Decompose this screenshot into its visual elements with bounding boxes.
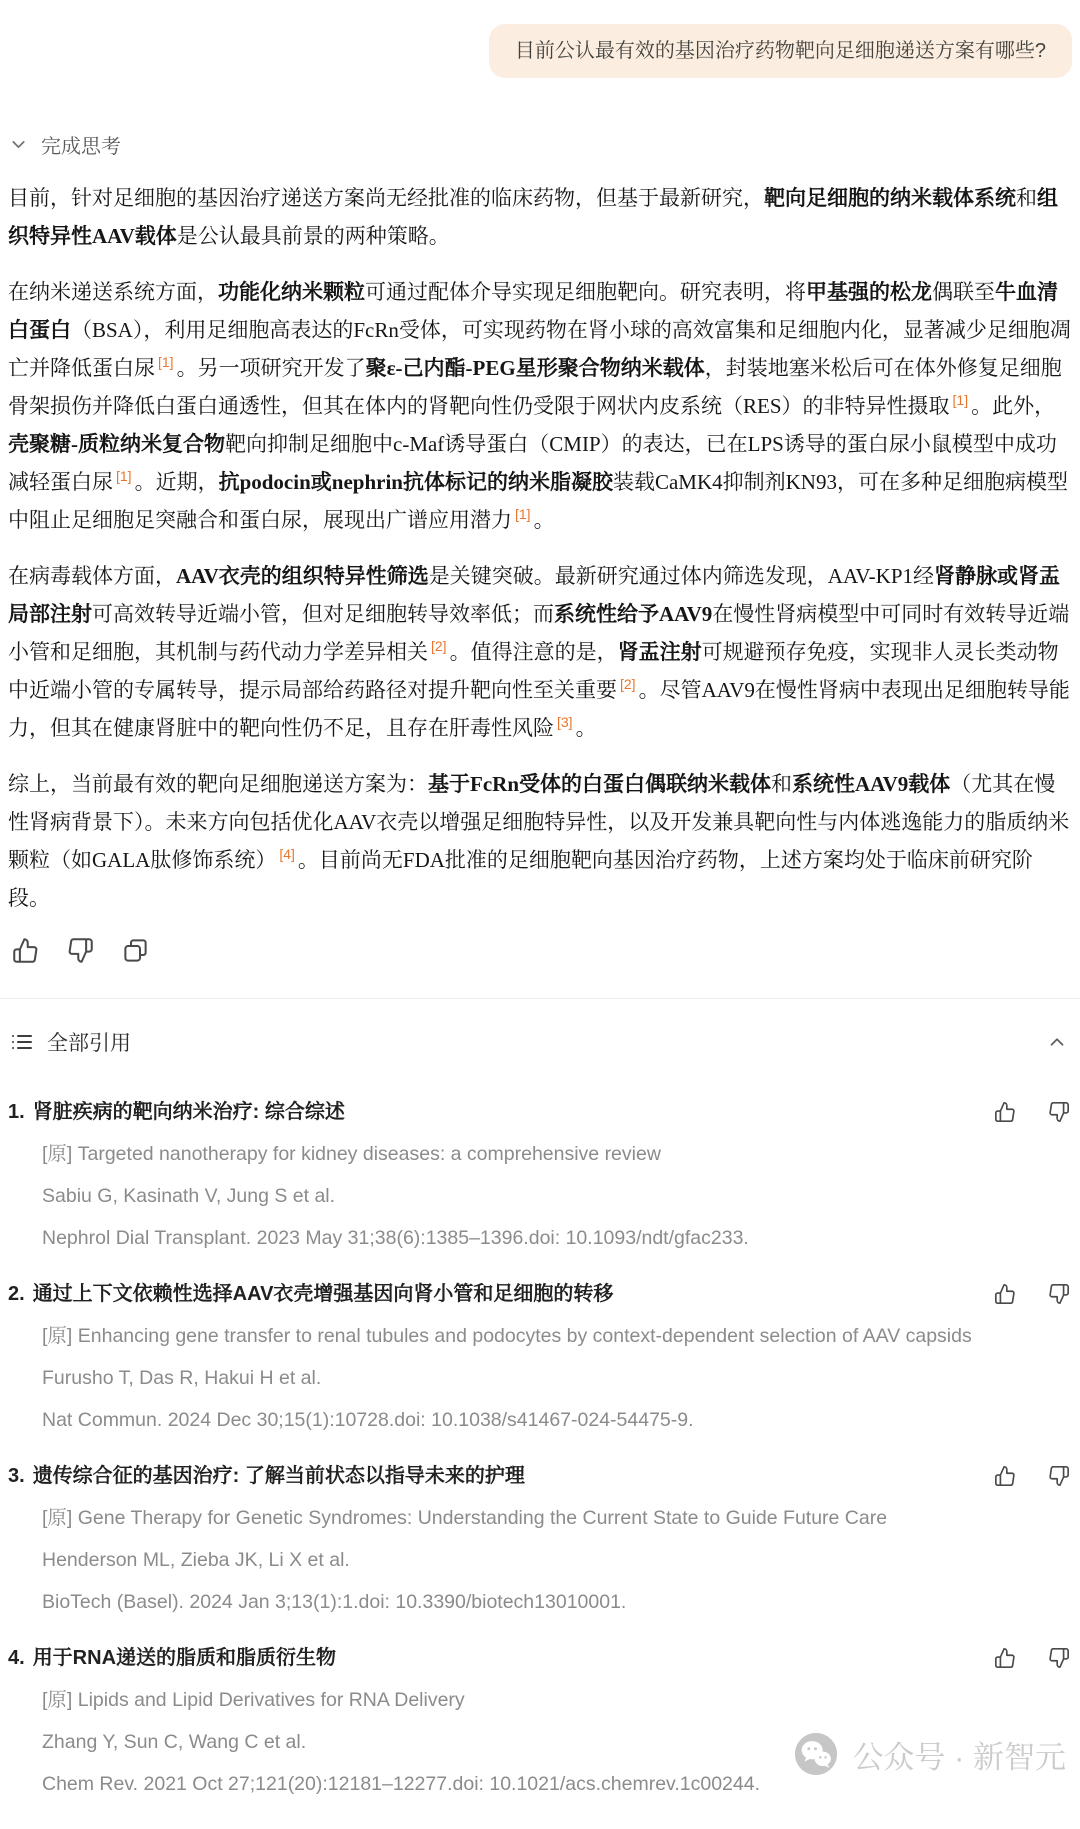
citation-thumbs-up-button[interactable] xyxy=(992,1645,1018,1671)
thumbs-up-button[interactable] xyxy=(10,935,41,966)
thumbs-up-icon xyxy=(12,937,39,964)
citation-title-text: 遗传综合征的基因治疗: 了解当前状态以指导未来的护理 xyxy=(33,1465,525,1487)
thumbs-up-icon xyxy=(994,1283,1016,1305)
citation-item: 2.通过上下文依赖性选择AAV衣壳增强基因向肾小管和足细胞的转移 [原] Enh… xyxy=(8,1279,1072,1435)
citation-journal: BioTech (Basel). 2024 Jan 3;13(1):1.doi:… xyxy=(42,1588,1062,1617)
answer-actions xyxy=(8,935,1072,966)
citation-thumbs-down-button[interactable] xyxy=(1046,1463,1072,1489)
citation-marker[interactable]: [1] xyxy=(158,354,174,370)
citation-title[interactable]: 2.通过上下文依赖性选择AAV衣壳增强基因向肾小管和足细胞的转移 xyxy=(8,1279,633,1309)
citation-original-title: [原] Targeted nanotherapy for kidney dise… xyxy=(42,1140,1062,1169)
thumbs-up-icon xyxy=(994,1101,1016,1123)
copy-icon xyxy=(122,937,149,964)
citations-list: 1.肾脏疾病的靶向纳米治疗: 综合综述 [原] Targeted nanothe… xyxy=(8,1097,1072,1799)
citation-item: 4.用于RNA递送的脂质和脂质衍生物 [原] Lipids and Lipid … xyxy=(8,1643,1072,1799)
citation-original-title: [原] Lipids and Lipid Derivatives for RNA… xyxy=(42,1686,1062,1715)
citation-vote-buttons xyxy=(992,1461,1072,1489)
citation-marker[interactable]: [4] xyxy=(279,846,295,862)
citations-header-label: 全部引用 xyxy=(47,1027,131,1057)
thumbs-up-icon xyxy=(994,1647,1016,1669)
question-row: 目前公认最有效的基因治疗药物靶向足细胞递送方案有哪些? xyxy=(8,24,1072,78)
citation-title[interactable]: 1.肾脏疾病的靶向纳米治疗: 综合综述 xyxy=(8,1097,365,1127)
user-question-bubble: 目前公认最有效的基因治疗药物靶向足细胞递送方案有哪些? xyxy=(489,24,1072,78)
citation-vote-buttons xyxy=(992,1279,1072,1307)
citation-original-title: [原] Gene Therapy for Genetic Syndromes: … xyxy=(42,1504,1062,1533)
citation-title[interactable]: 4.用于RNA递送的脂质和脂质衍生物 xyxy=(8,1643,356,1673)
citations-header: 全部引用 xyxy=(8,999,1072,1071)
thumbs-down-button[interactable] xyxy=(65,935,96,966)
collapse-citations-button[interactable] xyxy=(1044,1029,1070,1055)
citation-thumbs-down-button[interactable] xyxy=(1046,1645,1072,1671)
citation-journal: Nephrol Dial Transplant. 2023 May 31;38(… xyxy=(42,1224,1062,1253)
thumbs-down-icon xyxy=(1048,1465,1070,1487)
copy-button[interactable] xyxy=(120,935,151,966)
citation-title-text: 通过上下文依赖性选择AAV衣壳增强基因向肾小管和足细胞的转移 xyxy=(33,1283,614,1305)
citation-item: 3.遗传综合征的基因治疗: 了解当前状态以指导未来的护理 [原] Gene Th… xyxy=(8,1461,1072,1617)
citation-marker[interactable]: [3] xyxy=(557,714,573,730)
citation-marker[interactable]: [2] xyxy=(620,676,636,692)
citation-item: 1.肾脏疾病的靶向纳米治疗: 综合综述 [原] Targeted nanothe… xyxy=(8,1097,1072,1253)
citation-marker[interactable]: [2] xyxy=(431,638,447,654)
answer-paragraphs: 目前，针对足细胞的基因治疗递送方案尚无经批准的临床药物，但基于最新研究，靶向足细… xyxy=(8,179,1072,917)
citation-vote-buttons xyxy=(992,1097,1072,1125)
citation-authors: Furusho T, Das R, Hakui H et al. xyxy=(42,1364,1062,1393)
thumbs-down-icon xyxy=(1048,1283,1070,1305)
citation-original-title: [原] Enhancing gene transfer to renal tub… xyxy=(42,1322,1062,1351)
citation-journal: Nat Commun. 2024 Dec 30;15(1):10728.doi:… xyxy=(42,1406,1062,1435)
answer-paragraph: 综上，当前最有效的靶向足细胞递送方案为：基于FcRn受体的白蛋白偶联纳米载体和系… xyxy=(8,765,1072,917)
thinking-toggle[interactable]: 完成思考 xyxy=(8,130,121,159)
citation-marker[interactable]: [1] xyxy=(953,392,969,408)
citation-vote-buttons xyxy=(992,1643,1072,1671)
citation-authors: Sabiu G, Kasinath V, Jung S et al. xyxy=(42,1182,1062,1211)
citation-marker[interactable]: [1] xyxy=(515,506,531,522)
thumbs-down-icon xyxy=(67,937,94,964)
thumbs-up-icon xyxy=(994,1465,1016,1487)
citation-marker[interactable]: [1] xyxy=(116,468,132,484)
chat-page: 目前公认最有效的基因治疗药物靶向足细胞递送方案有哪些? 完成思考 目前，针对足细… xyxy=(0,0,1080,1829)
thinking-label: 完成思考 xyxy=(41,130,121,159)
thumbs-down-icon xyxy=(1048,1101,1070,1123)
citation-number: 3. xyxy=(8,1465,25,1487)
answer-paragraph: 在病毒载体方面，AAV衣壳的组织特异性筛选是关键突破。最新研究通过体内筛选发现，… xyxy=(8,557,1072,747)
citation-thumbs-down-button[interactable] xyxy=(1046,1281,1072,1307)
citation-thumbs-down-button[interactable] xyxy=(1046,1099,1072,1125)
citation-number: 2. xyxy=(8,1283,25,1305)
citation-authors: Zhang Y, Sun C, Wang C et al. xyxy=(42,1728,1062,1757)
citation-authors: Henderson ML, Zieba JK, Li X et al. xyxy=(42,1546,1062,1575)
answer-paragraph: 目前，针对足细胞的基因治疗递送方案尚无经批准的临床药物，但基于最新研究，靶向足细… xyxy=(8,179,1072,255)
citation-thumbs-up-button[interactable] xyxy=(992,1463,1018,1489)
chevron-up-icon xyxy=(1046,1031,1068,1053)
citation-thumbs-up-button[interactable] xyxy=(992,1281,1018,1307)
citation-number: 4. xyxy=(8,1647,25,1669)
answer-paragraph: 在纳米递送系统方面，功能化纳米颗粒可通过配体介导实现足细胞靶向。研究表明，将甲基… xyxy=(8,273,1072,539)
citation-title-text: 用于RNA递送的脂质和脂质衍生物 xyxy=(33,1647,336,1669)
citation-title[interactable]: 3.遗传综合征的基因治疗: 了解当前状态以指导未来的护理 xyxy=(8,1461,545,1491)
citation-title-text: 肾脏疾病的靶向纳米治疗: 综合综述 xyxy=(33,1101,345,1123)
chevron-down-icon xyxy=(8,134,29,155)
citation-thumbs-up-button[interactable] xyxy=(992,1099,1018,1125)
citation-journal: Chem Rev. 2021 Oct 27;121(20):12181–1227… xyxy=(42,1770,1062,1799)
thumbs-down-icon xyxy=(1048,1647,1070,1669)
list-icon xyxy=(10,1030,34,1054)
user-question-text: 目前公认最有效的基因治疗药物靶向足细胞递送方案有哪些? xyxy=(515,40,1046,62)
citation-number: 1. xyxy=(8,1101,25,1123)
